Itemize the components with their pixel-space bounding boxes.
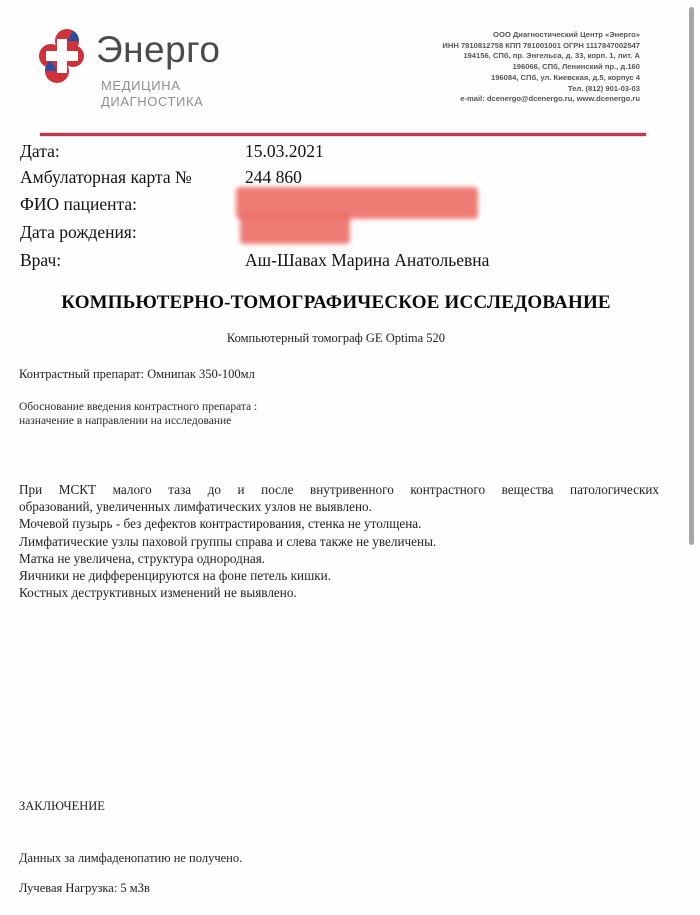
contrast-reason-line2: назначение в направлении на исследование (19, 414, 231, 428)
contrast-agent: Контрастный препарат: Омнипак 350-100мл (19, 366, 255, 382)
findings-line: Мочевой пузырь - без дефектов контрастир… (19, 515, 659, 532)
radiation-dose: Лучевая Нагрузка: 5 мЗв (19, 881, 150, 896)
header-divider (40, 133, 646, 136)
redaction-birth-date (240, 214, 350, 244)
org-address-1: 194156, СПб, пр. Энгельса, д. 33, корп. … (442, 51, 640, 62)
brand-subtitle: МЕДИЦИНА ДИАГНОСТИКА (101, 78, 203, 110)
contrast-reason-line1: Обоснование введения контрастного препар… (19, 400, 257, 414)
medical-cross-logo-icon (38, 27, 86, 85)
card-number-value: 244 860 (245, 166, 302, 188)
findings-line: Яичники не дифференцируются на фоне пете… (19, 567, 659, 584)
findings-line: образований, увеличенных лимфатических у… (19, 498, 659, 515)
organization-info: ООО Диагностический Центр «Энерго» ИНН 7… (442, 30, 640, 105)
scanner-model: Компьютерный томограф GE Optima 520 (0, 331, 672, 346)
brand-name: Энерго (96, 28, 220, 72)
conclusion-text: Данных за лимфаденопатию не получено. (19, 851, 242, 866)
scrollbar-thumb[interactable] (689, 7, 694, 545)
card-number-label: Амбулаторная карта № (20, 166, 192, 188)
date-value: 15.03.2021 (245, 140, 324, 162)
org-contacts: e-mail: dcenergo@dcenergo.ru, www.dcener… (442, 94, 640, 105)
org-phone: Тел. (812) 901-03-03 (442, 84, 640, 95)
findings-line: Лимфатические узлы паховой группы справа… (19, 533, 659, 550)
brand-subtitle-line2: ДИАГНОСТИКА (101, 94, 203, 110)
org-name: ООО Диагностический Центр «Энерго» (442, 30, 640, 41)
org-address-3: 196084, СПб, ул. Киевская, д.5, корпус 4 (442, 73, 640, 84)
org-address-2: 196066, СПб, Ленинский пр., д.160 (442, 62, 640, 73)
patient-name-label: ФИО пациента: (20, 193, 137, 215)
doctor-label: Врач: (20, 249, 61, 271)
findings-section: При МСКТ малого таза до и после внутриве… (19, 481, 659, 601)
findings-line: Костных деструктивных изменений не выявл… (19, 584, 659, 601)
org-requisites: ИНН 7810812758 КПП 781001001 ОГРН 111784… (442, 41, 640, 52)
conclusion-heading: ЗАКЛЮЧЕНИЕ (19, 799, 105, 814)
date-label: Дата: (20, 140, 60, 162)
findings-line: Матка не увеличена, структура однородная… (19, 550, 659, 567)
brand-subtitle-line1: МЕДИЦИНА (101, 78, 203, 94)
document-title: КОМПЬЮТЕРНО-ТОМОГРАФИЧЕСКОЕ ИССЛЕДОВАНИЕ (0, 292, 672, 314)
findings-line: При МСКТ малого таза до и после внутриве… (19, 481, 659, 498)
birth-date-label: Дата рождения: (20, 221, 137, 243)
doctor-value: Аш-Шавах Марина Анатольевна (245, 249, 489, 271)
